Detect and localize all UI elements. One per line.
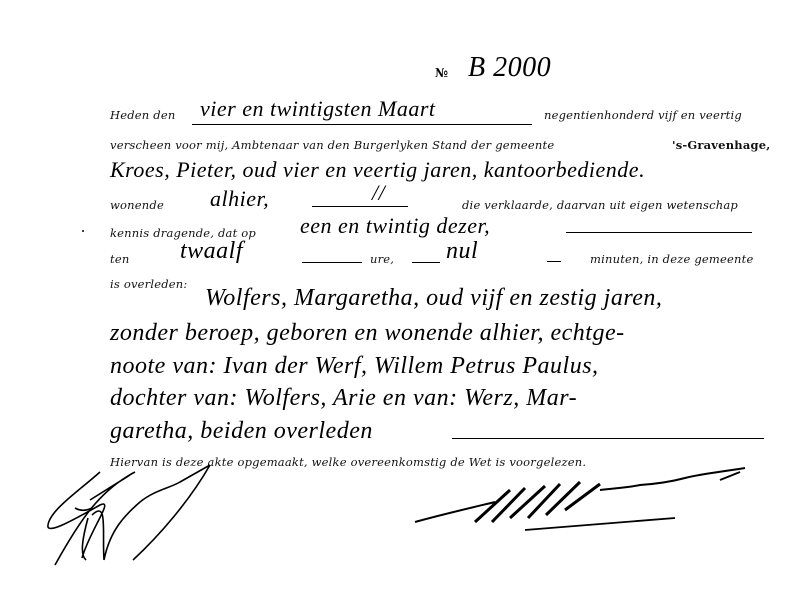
deceased-line-3: noote van: Ivan der Werf, Willem Petrus … (110, 353, 599, 380)
heden-den-label: Heden den (110, 108, 175, 122)
knowledge-date-handwritten: een en twintig dezer, (300, 213, 490, 239)
declared-text: die verklaarde, daarvan uit eigen wetens… (462, 198, 738, 212)
margin-dot (82, 230, 84, 232)
minutes-handwritten: nul (446, 238, 478, 265)
deceased-line-2: zonder beroep, geboren en wonende alhier… (110, 320, 625, 347)
municipality-name: 's-Gravenhage, (672, 138, 770, 152)
residence-handwritten: alhier, (210, 186, 269, 212)
minutes-blank-line-left (412, 262, 440, 263)
number-sign: № (435, 66, 448, 80)
appeared-before-text: verscheen voor mij, Ambtenaar van den Bu… (110, 138, 554, 152)
registrar-signature (400, 460, 780, 540)
deceased-end-line (452, 438, 764, 439)
minutes-label: minuten, in deze gemeente (590, 252, 753, 266)
deceased-line-1: Wolfers, Margaretha, oud vijf en zestig … (205, 285, 662, 312)
hour-handwritten: twaalf (180, 238, 243, 265)
date-underline (192, 124, 532, 125)
ten-label: ten (110, 252, 129, 266)
minutes-dash (547, 261, 561, 262)
hour-label: ure, (370, 252, 394, 266)
declarant-signature (30, 460, 230, 600)
hour-blank-line (302, 262, 362, 263)
deceased-line-5: garetha, beiden overleden (110, 418, 373, 445)
register-number: B 2000 (468, 52, 551, 84)
year-printed: negentienhonderd vijf en veertig (544, 108, 742, 122)
deceased-label: is overleden: (110, 277, 188, 291)
residence-blank-mark: // (372, 180, 385, 206)
deceased-line-4: dochter van: Wolfers, Arie en van: Werz,… (110, 385, 577, 412)
wonende-label: wonende (110, 198, 164, 212)
residence-blank-line (312, 206, 408, 207)
knowledge-blank-line (566, 232, 752, 233)
date-handwritten: vier en twintigsten Maart (200, 96, 436, 122)
